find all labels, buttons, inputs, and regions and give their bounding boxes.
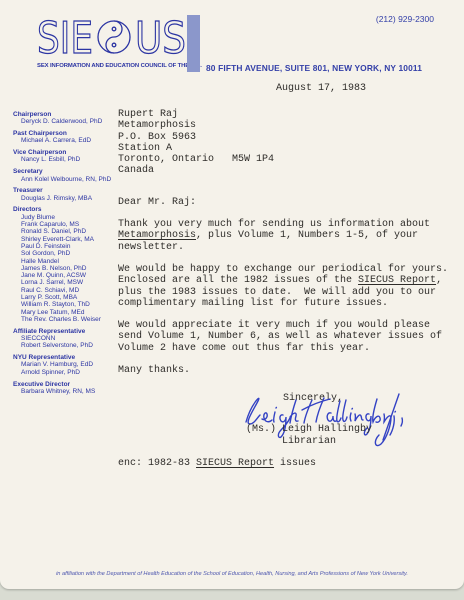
sidebar-name: Deryck D. Calderwood, PhD bbox=[13, 118, 117, 125]
sidebar-name: Sol Gordon, PhD bbox=[13, 250, 117, 257]
sidebar-name: Mary Lee Tatum, MEd bbox=[13, 309, 117, 316]
yin-yang-icon bbox=[98, 21, 130, 53]
enclosure-text: enc: 1982-83 SIECUS Report issues bbox=[118, 458, 316, 469]
sidebar-name: Larry P. Scott, MBA bbox=[13, 294, 117, 301]
paragraph-line: We would be happy to exchange our period… bbox=[118, 264, 458, 275]
recipient-line: P.O. Box 5963 bbox=[118, 132, 458, 143]
recipient-line: Toronto, Ontario M5W 1P4 bbox=[118, 154, 458, 165]
paragraph-line: Many thanks. bbox=[118, 365, 458, 376]
recipient-line: Rupert Raj bbox=[118, 109, 458, 120]
paragraph-line: Volume 2 have come out thus far this yea… bbox=[118, 343, 458, 354]
sidebar-heading: Affiliate Representative bbox=[13, 328, 117, 335]
sidebar-name: Ann Kolel Welbourne, RN, PhD bbox=[13, 176, 117, 183]
sidebar-name: SIECCONN bbox=[13, 335, 117, 342]
recipient-line: Metamorphosis bbox=[118, 120, 458, 131]
siecus-logo: SIE US bbox=[36, 15, 188, 63]
sidebar-group: Affiliate RepresentativeSIECCONNRobert S… bbox=[13, 328, 117, 350]
logo-tagline: SEX INFORMATION AND EDUCATION COUNCIL OF… bbox=[37, 63, 207, 69]
paragraph-line: Metamorphosis, plus Volume 1, Numbers 1-… bbox=[118, 230, 458, 241]
letter-paragraphs: Thank you very much for sending us infor… bbox=[118, 219, 458, 376]
sidebar-group: Executive DirectorBarbara Whitney, RN, M… bbox=[13, 381, 117, 396]
paragraph-line: newsletter. bbox=[118, 242, 458, 253]
sidebar-group: TreasurerDouglas J. Rimsky, MBA bbox=[13, 187, 117, 202]
sidebar-name: James B. Nelson, PhD bbox=[13, 265, 117, 272]
sidebar-heading: NYU Representative bbox=[13, 354, 117, 361]
sidebar-group: ChairpersonDeryck D. Calderwood, PhD bbox=[13, 111, 117, 126]
enclosure-line: enc: 1982-83 SIECUS Report issues bbox=[118, 458, 316, 469]
sidebar-name: Barbara Whitney, RN, MS bbox=[13, 388, 117, 395]
sidebar-name: Paul D. Feinstein bbox=[13, 243, 117, 250]
sidebar-name: Michael A. Carrera, EdD bbox=[13, 137, 117, 144]
letterhead-address: 80 FIFTH AVENUE, SUITE 801, NEW YORK, NY… bbox=[206, 63, 422, 73]
letter-paragraph: Thank you very much for sending us infor… bbox=[118, 219, 458, 253]
sidebar-group: NYU RepresentativeMarian V. Hamburg, EdD… bbox=[13, 354, 117, 376]
signature-title: Librarian bbox=[282, 436, 336, 447]
logo-letters-sie: SIE bbox=[37, 15, 93, 63]
paragraph-line: complimentary mailing list for future is… bbox=[118, 298, 458, 309]
letter-paragraph: We would be happy to exchange our period… bbox=[118, 264, 458, 309]
sidebar-heading: Executive Director bbox=[13, 381, 117, 388]
letter-paragraph: We would appreciate it very much if you … bbox=[118, 320, 458, 354]
sidebar-heading: Directors bbox=[13, 206, 117, 213]
sidebar-name: Robert Selverstone, PhD bbox=[13, 342, 117, 349]
sidebar-group: DirectorsJudy BlumeFrank Caparulo, MSRon… bbox=[13, 206, 117, 323]
scanned-letter-page: SIE US SEX INFORMATION AND EDUCATION COU… bbox=[0, 0, 464, 600]
sidebar-heading: Secretary bbox=[13, 168, 117, 175]
sidebar-name: The Rev. Charles B. Weiser bbox=[13, 316, 117, 323]
letter-paragraph: Many thanks. bbox=[118, 365, 458, 376]
recipient-line: Canada bbox=[118, 165, 458, 176]
sidebar-name: Ronald S. Daniel, PhD bbox=[13, 228, 117, 235]
recipient-line: Station A bbox=[118, 143, 458, 154]
sidebar-group: SecretaryAnn Kolel Welbourne, RN, PhD bbox=[13, 168, 117, 183]
logo-accent-bar bbox=[187, 15, 200, 72]
sidebar-name: Frank Caparulo, MS bbox=[13, 221, 117, 228]
recipient-block: Rupert RajMetamorphosisP.O. Box 5963Stat… bbox=[118, 109, 458, 177]
logo-letters-us: US bbox=[135, 15, 186, 63]
sidebar-heading: Vice Chairperson bbox=[13, 149, 117, 156]
sidebar-name: Douglas J. Rimsky, MBA bbox=[13, 195, 117, 202]
sidebar-group: Vice ChairpersonNancy L. Esbill, PhD bbox=[13, 149, 117, 164]
sidebar-heading: Past Chairperson bbox=[13, 130, 117, 137]
letter-date: August 17, 1983 bbox=[276, 83, 366, 94]
officers-sidebar: ChairpersonDeryck D. Calderwood, PhDPast… bbox=[13, 111, 117, 400]
footer-affiliation: in affiliation with the Department of He… bbox=[0, 571, 464, 577]
sidebar-name: Lorna J. Sarrel, MSW bbox=[13, 279, 117, 286]
paragraph-line: We would appreciate it very much if you … bbox=[118, 320, 458, 331]
sidebar-name: William R. Stayton, ThD bbox=[13, 301, 117, 308]
sidebar-name: Shirley Everett-Clark, MA bbox=[13, 236, 117, 243]
sidebar-heading: Chairperson bbox=[13, 111, 117, 118]
salutation: Dear Mr. Raj: bbox=[118, 197, 458, 208]
paragraph-line: plus the 1983 issues to date. We will ad… bbox=[118, 287, 458, 298]
sidebar-group: Past ChairpersonMichael A. Carrera, EdD bbox=[13, 130, 117, 145]
sidebar-name: Nancy L. Esbill, PhD bbox=[13, 156, 117, 163]
sidebar-name: Arnold Spinner, PhD bbox=[13, 369, 117, 376]
sidebar-name: Judy Blume bbox=[13, 214, 117, 221]
letter-paper: SIE US SEX INFORMATION AND EDUCATION COU… bbox=[0, 0, 464, 589]
sidebar-name: Jane M. Quinn, ACSW bbox=[13, 272, 117, 279]
letterhead-phone: (212) 929-2300 bbox=[376, 14, 434, 24]
sidebar-name: Raul C. Schiavi, MD bbox=[13, 287, 117, 294]
paragraph-line: Thank you very much for sending us infor… bbox=[118, 219, 458, 230]
sidebar-heading: Treasurer bbox=[13, 187, 117, 194]
letter-body: Rupert RajMetamorphosisP.O. Box 5963Stat… bbox=[118, 109, 458, 405]
sidebar-name: Halle Mandel bbox=[13, 258, 117, 265]
signature-name: (Ms.) Leigh Hallingby bbox=[246, 424, 372, 435]
sidebar-name: Marian V. Hamburg, EdD bbox=[13, 361, 117, 368]
paragraph-line: send Volume 1, Number 6, as well as what… bbox=[118, 331, 458, 342]
paragraph-line: Enclosed are all the 1982 issues of the … bbox=[118, 275, 458, 286]
